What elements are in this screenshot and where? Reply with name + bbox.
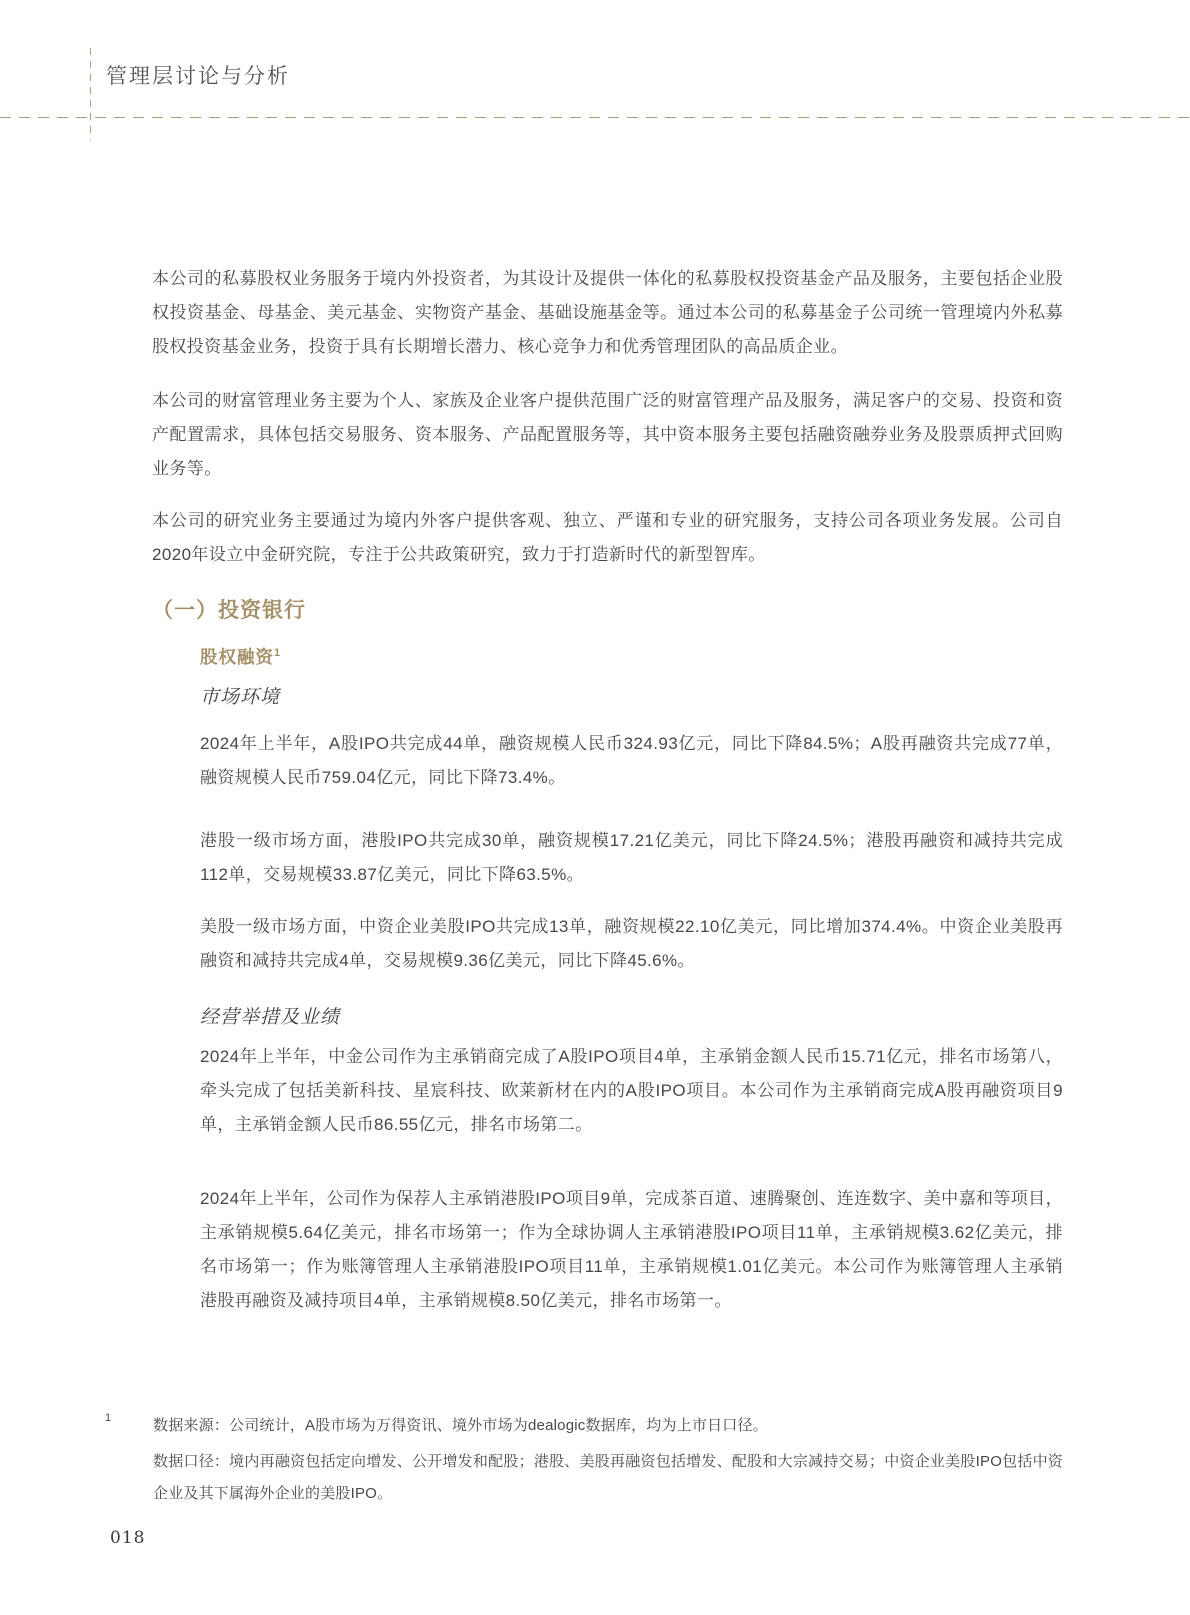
operations-paragraph-a-share-ipo: 2024年上半年，中金公司作为主承销商完成了A股IPO项目4单，主承销金额人民币… — [200, 1040, 1063, 1142]
footnote-number-marker: 1 — [105, 1412, 111, 1424]
footnote-data-source: 数据来源：公司统计，A股市场为万得资讯、境外市场为dealogic数据库，均为上… — [153, 1410, 1063, 1442]
section-heading-investment-banking: （一）投资银行 — [152, 594, 306, 624]
footnote-data-scope: 数据口径：境内再融资包括定向增发、公开增发和配股；港股、美股再融资包括增发、配股… — [153, 1446, 1063, 1510]
market-environment-heading: 市场环境 — [200, 682, 280, 709]
market-paragraph-us-share: 美股一级市场方面，中资企业美股IPO共完成13单，融资规模22.10亿美元，同比… — [200, 910, 1063, 978]
footnote-reference-superscript: 1 — [274, 647, 281, 659]
subsection-heading-equity-financing: 股权融资1 — [200, 644, 281, 669]
header-vertical-dash-divider — [90, 48, 91, 140]
market-paragraph-a-share: 2024年上半年，A股IPO共完成44单，融资规模人民币324.93亿元，同比下… — [200, 727, 1063, 795]
page-header-title: 管理层讨论与分析 — [106, 60, 290, 90]
intro-paragraph-research: 本公司的研究业务主要通过为境内外客户提供客观、独立、严谨和专业的研究服务，支持公… — [152, 504, 1063, 572]
operations-paragraph-hk-ipo: 2024年上半年，公司作为保荐人主承销港股IPO项目9单，完成茶百道、速腾聚创、… — [200, 1182, 1063, 1318]
intro-paragraph-wealth-management: 本公司的财富管理业务主要为个人、家族及企业客户提供范围广泛的财富管理产品及服务，… — [152, 384, 1063, 486]
report-page: 管理层讨论与分析 本公司的私募股权业务服务于境内外投资者，为其设计及提供一体化的… — [0, 0, 1190, 1615]
market-paragraph-hk-share: 港股一级市场方面，港股IPO共完成30单，融资规模17.21亿美元，同比下降24… — [200, 824, 1063, 892]
operations-results-heading: 经营举措及业绩 — [200, 1002, 340, 1029]
header-horizontal-dash-divider — [0, 117, 1190, 118]
page-number: 018 — [110, 1528, 145, 1548]
intro-paragraph-private-equity: 本公司的私募股权业务服务于境内外投资者，为其设计及提供一体化的私募股权投资基金产… — [152, 262, 1063, 364]
subsection-heading-text: 股权融资 — [200, 647, 274, 667]
footnote-block: 1 数据来源：公司统计，A股市场为万得资讯、境外市场为dealogic数据库，均… — [153, 1410, 1063, 1510]
